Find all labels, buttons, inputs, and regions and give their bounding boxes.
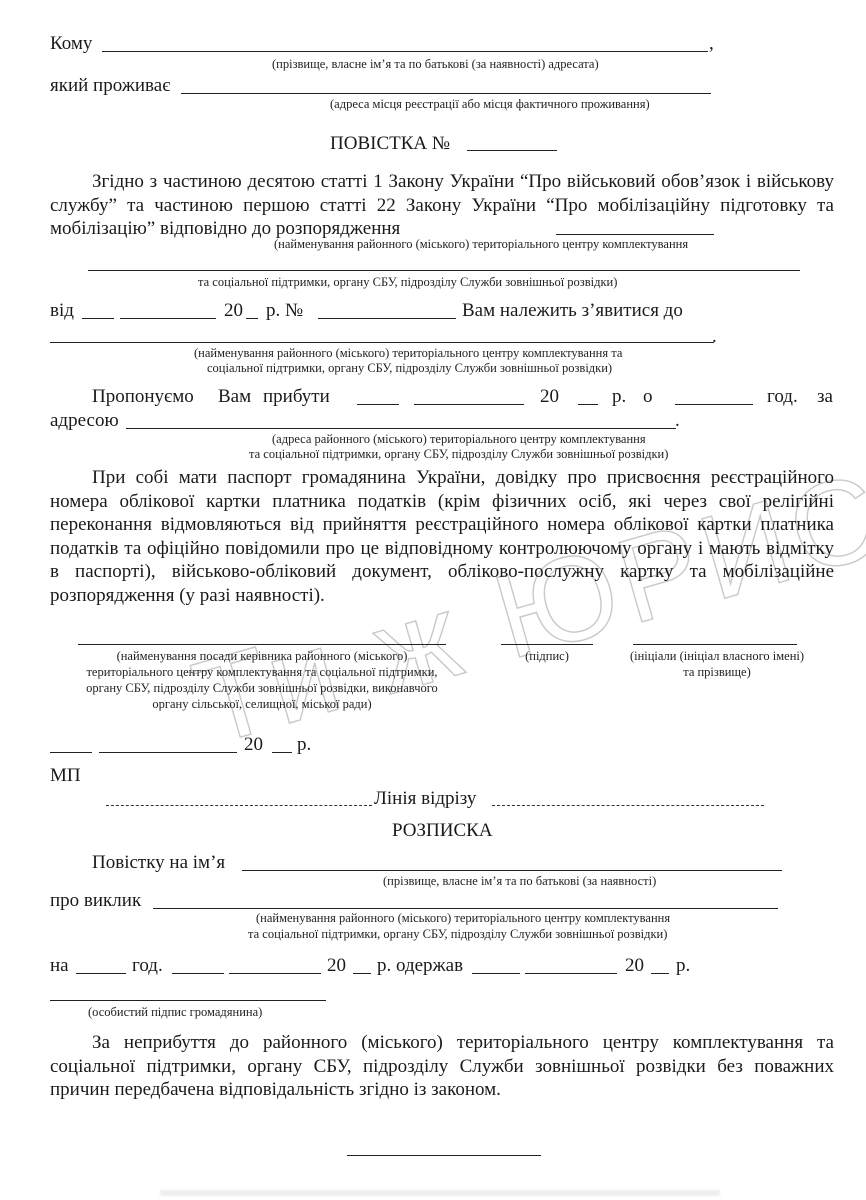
receipt-name-label: Повістку на ім’я — [92, 852, 225, 874]
liability-paragraph: За неприбуття до районного (міського) те… — [50, 1031, 834, 1102]
receipt-call-label: про виклик — [50, 890, 141, 912]
receipt-year-prefix-2: 20 — [625, 955, 644, 977]
official-position-field[interactable] — [78, 644, 446, 645]
receipt-on-label: на — [50, 955, 69, 977]
order-number-label: р. № — [266, 300, 303, 322]
arrival-year-suffix: р. — [612, 386, 626, 408]
signed-year-suffix: р. — [297, 734, 311, 756]
order-month-field[interactable] — [120, 318, 216, 319]
arrival-month-field[interactable] — [414, 404, 524, 405]
arrival-address-hint-2: та соціальної підтримки, органу СБУ, під… — [249, 447, 668, 462]
receipt-year-suffix: р. — [676, 955, 690, 977]
receipt-month-field[interactable] — [229, 973, 321, 974]
receipt-call-hint-1: (найменування районного (міського) терит… — [256, 911, 670, 926]
cut-line-right — [492, 805, 764, 806]
arrival-end-dot: . — [675, 410, 680, 432]
arrival-day-field[interactable] — [357, 404, 399, 405]
receipt-received-month-field[interactable] — [525, 973, 617, 974]
receipt-hour-field[interactable] — [76, 973, 126, 974]
receipt-hour-label: год. — [132, 955, 163, 977]
position-hint-4: органу сільської, селищної, міської ради… — [50, 697, 474, 712]
arrival-year-prefix: 20 — [540, 386, 559, 408]
year-prefix: 20 — [224, 300, 243, 322]
signed-month-field[interactable] — [99, 752, 237, 753]
you-text: Вам — [218, 386, 251, 408]
must-appear-text: Вам належить з’явитися до — [462, 300, 683, 322]
position-hint-1: (найменування посади керівника районного… — [50, 649, 474, 664]
order-issuer-hint-2: та соціальної підтримки, органу СБУ, під… — [198, 275, 617, 290]
name-hint-1: (ініціали (ініціал власного імені) — [604, 649, 830, 664]
receipt-year-prefix-1: 20 — [327, 955, 346, 977]
signed-day-field[interactable] — [50, 752, 92, 753]
to-label: Кому — [50, 33, 92, 55]
signed-year-prefix: 20 — [244, 734, 263, 756]
arrive-text: прибути — [263, 386, 330, 408]
from-label: від — [50, 300, 74, 322]
documents-paragraph: При собі мати паспорт громадянина Україн… — [50, 466, 834, 608]
propose-text: Пропонуємо — [92, 386, 194, 408]
receipt-call-field[interactable] — [153, 908, 778, 909]
order-day-field[interactable] — [82, 318, 114, 319]
summons-number-field[interactable] — [467, 150, 557, 151]
appear-at-field[interactable] — [50, 342, 714, 343]
to-comma: , — [709, 33, 714, 55]
bottom-line — [347, 1155, 541, 1156]
cut-line-left — [106, 805, 372, 806]
name-hint-2: та прізвище) — [604, 665, 830, 680]
arrival-year-field[interactable] — [578, 404, 598, 405]
at-text: о — [643, 386, 653, 408]
za-text: за — [817, 386, 833, 408]
citizen-signature-field[interactable] — [50, 1000, 326, 1001]
address-label: адресою — [50, 410, 119, 432]
arrival-address-field[interactable] — [126, 428, 676, 429]
order-number-field[interactable] — [318, 318, 456, 319]
receipt-name-field[interactable] — [242, 870, 782, 871]
citizen-signature-hint: (особистий підпис громадянина) — [88, 1005, 262, 1020]
receipt-name-hint: (прізвище, власне ім’я та по батькові (з… — [383, 874, 656, 889]
recipient-name-field[interactable] — [102, 51, 708, 52]
order-issuer-hint-1: (найменування районного (міського) терит… — [274, 237, 688, 252]
arrival-hour-field[interactable] — [675, 404, 753, 405]
receipt-call-hint-2: та соціальної підтримки, органу СБУ, під… — [248, 927, 667, 942]
position-hint-3: органу СБУ, підрозділу Служби зовнішньої… — [50, 681, 474, 696]
address-field[interactable] — [181, 93, 711, 94]
signature-hint: (підпис) — [500, 649, 594, 664]
order-year-field[interactable] — [246, 318, 258, 319]
legal-basis-paragraph: Згідно з частиною десятою статті 1 Закон… — [50, 170, 834, 241]
seal-label: МП — [50, 765, 81, 787]
official-signature-field[interactable] — [501, 644, 593, 645]
address-hint: (адреса місця реєстрації або місця факти… — [330, 97, 650, 112]
receipt-received-day-field[interactable] — [472, 973, 520, 974]
receipt-year-field-1[interactable] — [353, 973, 371, 974]
signed-year-field[interactable] — [272, 752, 292, 753]
arrival-address-hint-1: (адреса районного (міського) територіаль… — [272, 432, 646, 447]
end-dot: . — [712, 326, 717, 348]
order-issuer-field[interactable] — [556, 234, 714, 235]
position-hint-2: територіального центру комплектування та… — [50, 665, 474, 680]
hour-text: год. — [767, 386, 798, 408]
recipient-name-hint: (прізвище, власне ім’я та по батькові (з… — [272, 57, 599, 72]
appear-at-hint-2: соціальної підтримки, органу СБУ, підроз… — [207, 361, 612, 376]
summons-title: ПОВІСТКА № — [330, 133, 450, 155]
cut-line-label: Лінія відрізу — [374, 788, 476, 810]
resides-label: який проживає — [50, 75, 170, 97]
order-issuer-field-2[interactable] — [88, 270, 800, 271]
footer-faded-text — [160, 1190, 720, 1196]
receipt-title: РОЗПИСКА — [392, 820, 493, 842]
receipt-day-field[interactable] — [172, 973, 224, 974]
receipt-year-field-2[interactable] — [651, 973, 669, 974]
appear-at-hint-1: (найменування районного (міського) терит… — [194, 346, 622, 361]
official-name-field[interactable] — [633, 644, 797, 645]
receipt-received-label: р. одержав — [377, 955, 463, 977]
